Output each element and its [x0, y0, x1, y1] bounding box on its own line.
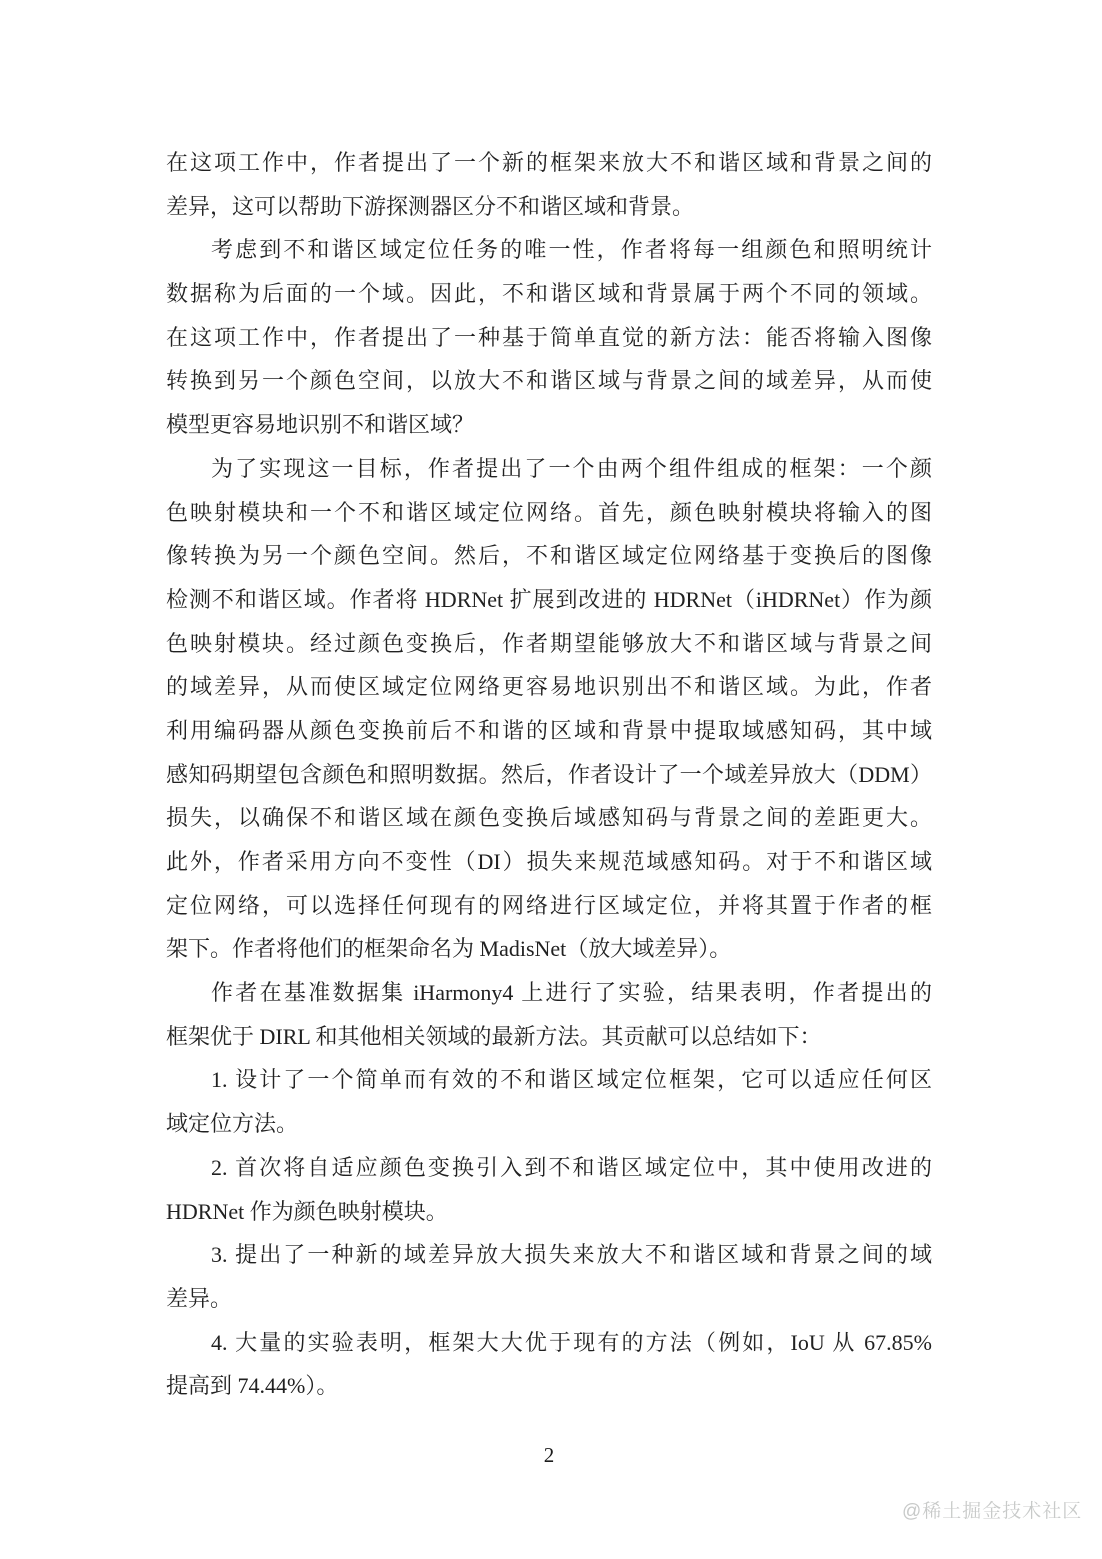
text-line: 差异，这可以帮助下游探测器区分不和谐区域和背景。	[166, 185, 932, 229]
text-line: 利用编码器从颜色变换前后不和谐的区域和背景中提取域感知码，其中域	[166, 709, 932, 753]
paragraph: 考虑到不和谐区域定位任务的唯一性，作者将每一组颜色和照明统计 数据称为后面的一个…	[166, 228, 932, 446]
paragraph: 1. 设计了一个简单而有效的不和谐区域定位框架，它可以适应任何区 域定位方法。	[166, 1058, 932, 1145]
text-line: 的域差异，从而使区域定位网络更容易地识别出不和谐区域。为此，作者	[166, 665, 932, 709]
text-line: 2. 首次将自适应颜色变换引入到不和谐区域定位中，其中使用改进的	[166, 1146, 932, 1190]
text-line: 框架优于 DIRL 和其他相关领域的最新方法。其贡献可以总结如下：	[166, 1015, 932, 1059]
text-line: 检测不和谐区域。作者将 HDRNet 扩展到改进的 HDRNet（iHDRNet…	[166, 578, 932, 622]
text-line: 定位网络，可以选择任何现有的网络进行区域定位，并将其置于作者的框	[166, 884, 932, 928]
text-line: 转换到另一个颜色空间，以放大不和谐区域与背景之间的域差异，从而使	[166, 359, 932, 403]
text-line: 3. 提出了一种新的域差异放大损失来放大不和谐区域和背景之间的域	[166, 1233, 932, 1277]
paragraph: 3. 提出了一种新的域差异放大损失来放大不和谐区域和背景之间的域 差异。	[166, 1233, 932, 1320]
text-line: 在这项工作中，作者提出了一种基于简单直觉的新方法：能否将输入图像	[166, 316, 932, 360]
text-line: 数据称为后面的一个域。因此，不和谐区域和背景属于两个不同的领域。	[166, 272, 932, 316]
text-line: 4. 大量的实验表明，框架大大优于现有的方法（例如，IoU 从 67.85%	[166, 1321, 932, 1365]
text-line: 像转换为另一个颜色空间。然后，不和谐区域定位网络基于变换后的图像	[166, 534, 932, 578]
text-line: 此外，作者采用方向不变性（DI）损失来规范域感知码。对于不和谐区域	[166, 840, 932, 884]
text-line: 色映射模块。经过颜色变换后，作者期望能够放大不和谐区域与背景之间	[166, 622, 932, 666]
text-line: 模型更容易地识别不和谐区域？	[166, 403, 932, 447]
text-line: 1. 设计了一个简单而有效的不和谐区域定位框架，它可以适应任何区	[166, 1058, 932, 1102]
text-line: 架下。作者将他们的框架命名为 MadisNet（放大域差异）。	[166, 927, 932, 971]
text-line: 作者在基准数据集 iHarmony4 上进行了实验，结果表明，作者提出的	[166, 971, 932, 1015]
text-line: 为了实现这一目标，作者提出了一个由两个组件组成的框架：一个颜	[166, 447, 932, 491]
text-line: 差异。	[166, 1277, 932, 1321]
text-line: 色映射模块和一个不和谐区域定位网络。首先，颜色映射模块将输入的图	[166, 491, 932, 535]
paragraph: 作者在基准数据集 iHarmony4 上进行了实验，结果表明，作者提出的 框架优…	[166, 971, 932, 1058]
text-line: 感知码期望包含颜色和照明数据。然后，作者设计了一个域差异放大（DDM）	[166, 753, 932, 797]
text-line: 在这项工作中，作者提出了一个新的框架来放大不和谐区域和背景之间的	[166, 141, 932, 185]
document-body: 在这项工作中，作者提出了一个新的框架来放大不和谐区域和背景之间的 差异，这可以帮…	[166, 141, 932, 1408]
paragraph: 在这项工作中，作者提出了一个新的框架来放大不和谐区域和背景之间的 差异，这可以帮…	[166, 141, 932, 228]
page-number: 2	[166, 1440, 932, 1470]
text-line: 考虑到不和谐区域定位任务的唯一性，作者将每一组颜色和照明统计	[166, 228, 932, 272]
paragraph: 2. 首次将自适应颜色变换引入到不和谐区域定位中，其中使用改进的 HDRNet …	[166, 1146, 932, 1233]
paragraph: 4. 大量的实验表明，框架大大优于现有的方法（例如，IoU 从 67.85% 提…	[166, 1321, 932, 1408]
text-line: 损失，以确保不和谐区域在颜色变换后域感知码与背景之间的差距更大。	[166, 796, 932, 840]
text-line: 提高到 74.44%）。	[166, 1364, 932, 1408]
text-line: HDRNet 作为颜色映射模块。	[166, 1190, 932, 1234]
paragraph: 为了实现这一目标，作者提出了一个由两个组件组成的框架：一个颜 色映射模块和一个不…	[166, 447, 932, 971]
document-page: 在这项工作中，作者提出了一个新的框架来放大不和谐区域和背景之间的 差异，这可以帮…	[0, 0, 1102, 1559]
watermark: @稀土掘金技术社区	[902, 1498, 1082, 1526]
text-line: 域定位方法。	[166, 1102, 932, 1146]
